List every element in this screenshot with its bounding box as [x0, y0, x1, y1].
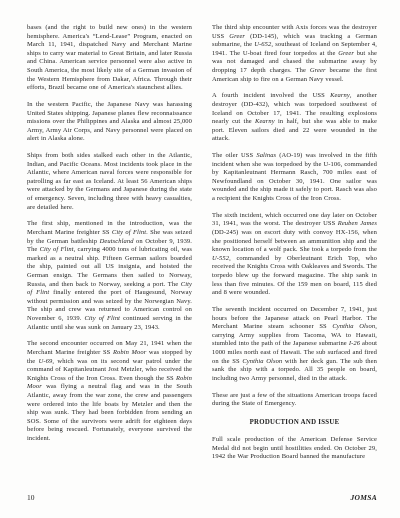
paragraph: The second encounter occurred on May 21,… [27, 340, 192, 443]
text-run: , which was on its second war patrol und… [27, 358, 192, 382]
ship-name: I-26 [349, 340, 360, 347]
paragraph: In the western Pacific, the Japanese Nav… [27, 101, 192, 144]
ship-name: Greer [310, 67, 326, 74]
journal-name: JOMSA [350, 493, 377, 502]
text-run: A fourth incident involved the USS [212, 92, 330, 99]
ship-name: Deutschland [100, 238, 134, 245]
ship-name: Salinas [256, 152, 276, 159]
paragraph: The third ship encounter with Axis force… [212, 24, 377, 84]
paragraph: These are just a few of the situations A… [212, 392, 377, 409]
text-run: The oiler USS [212, 152, 256, 159]
ship-name: Kearny [255, 118, 275, 125]
ship-name: Reuben James [338, 220, 377, 227]
text-columns: bases (and the right to build new ones) … [27, 24, 377, 470]
ship-name: U-652 [254, 41, 271, 48]
text-run: was flying a neutral flag and was in the… [27, 383, 192, 442]
text-run: bases (and the right to build new ones) … [27, 24, 192, 91]
paragraph: Ships from both sides stalked each other… [27, 152, 192, 212]
ship-name: Greer [229, 33, 245, 40]
paragraph: bases (and the right to build new ones) … [27, 24, 192, 93]
ship-name: Kearny [330, 92, 350, 99]
ship-name: City of Flint [112, 229, 146, 236]
right-column: The third ship encounter with Axis force… [212, 24, 377, 470]
text-run: (DD-245) was on escort duty with convoy … [212, 229, 377, 253]
text-run: These are just a few of the situations A… [212, 392, 377, 408]
text-run: Full scale production of the American De… [212, 436, 377, 460]
ship-name: Cynthia Olson [332, 323, 375, 330]
page-footer: 10 JOMSA [27, 493, 377, 502]
ship-name: City of Flint [40, 246, 74, 253]
ship-name: Cynthia Olson [242, 358, 282, 365]
text-run: In the western Pacific, the Japanese Nav… [27, 101, 192, 142]
paragraph: The oiler USS Salinas (AO-19) was involv… [212, 152, 377, 204]
paragraph: The sixth incident, which occurred one d… [212, 212, 377, 298]
ship-name: U-552 [212, 255, 229, 262]
paragraph: The first ship, mentioned in the introdu… [27, 220, 192, 332]
text-run: Ships from both sides stalked each other… [27, 152, 192, 211]
text-run: (AO-19) was involved in the fifth incide… [212, 152, 377, 202]
ship-name: Robin Moor [113, 349, 146, 356]
page-number: 10 [27, 493, 35, 502]
left-column: bases (and the right to build new ones) … [27, 24, 192, 470]
section-heading: PRODUCTION AND ISSUE [212, 419, 377, 428]
ship-name: U-69 [39, 358, 53, 365]
paragraph: A fourth incident involved the USS Kearn… [212, 92, 377, 144]
paragraph: Full scale production of the American De… [212, 436, 377, 462]
text-run: , commanded by Oberleutnant Erich Top, w… [212, 255, 377, 296]
paragraph: The seventh incident occurred on Decembe… [212, 306, 377, 383]
ship-name: City of Flint [84, 315, 120, 322]
ship-name: Greer [338, 50, 354, 57]
document-page: bases (and the right to build new ones) … [0, 0, 400, 518]
